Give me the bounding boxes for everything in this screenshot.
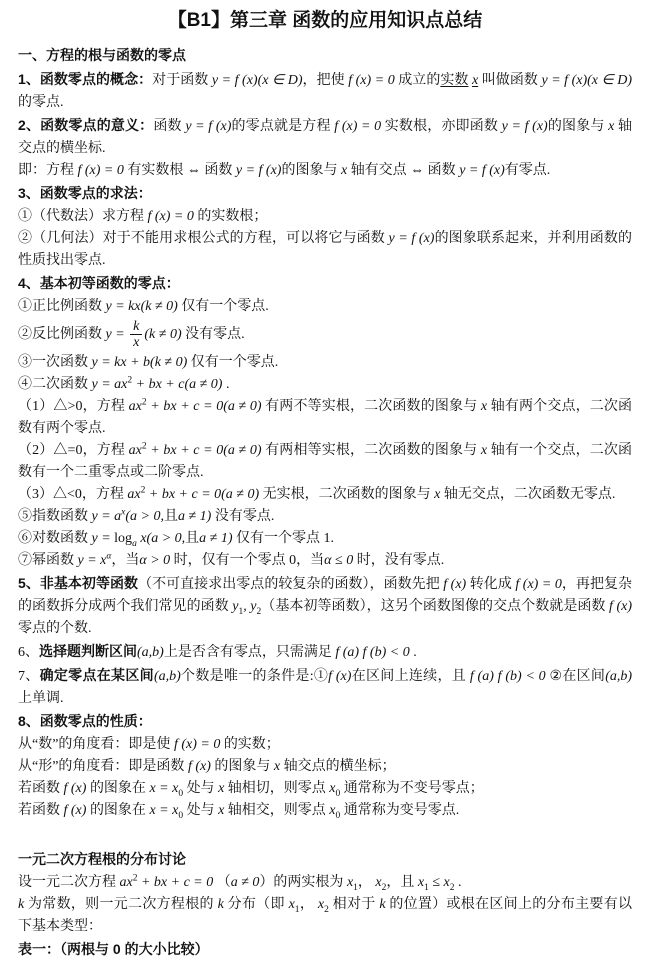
text-segment: 有零点. — [505, 163, 551, 178]
text-segment: + bx + c(a ≠ 0) — [132, 377, 222, 392]
text-segment: （2）△=0，方程 — [18, 443, 129, 458]
text-segment: ⑤指数函数 — [18, 509, 92, 524]
text-segment: . — [455, 875, 462, 890]
text-segment: ≤ — [429, 875, 444, 890]
text-segment: f (x) — [443, 577, 466, 592]
text-segment: 一元二次方程根的分布讨论 — [18, 851, 186, 867]
fraction-numerator: k — [130, 319, 142, 335]
text-segment: 分布（即 — [224, 897, 289, 912]
text-segment: 8、函数零点的性质： — [18, 713, 152, 729]
text-segment: ， — [358, 875, 376, 890]
document-title: 【B1】第三章 函数的应用知识点总结 — [18, 8, 632, 34]
text-segment: ②反比例函数 — [18, 327, 106, 342]
text-segment: x = x — [149, 781, 178, 796]
text-segment: f (x) = 0 — [174, 737, 220, 752]
fraction-denominator: x — [130, 335, 142, 350]
text-segment: 表一：（两根与 0 的大小比较） — [18, 941, 209, 957]
text-segment: ③一次函数 — [18, 355, 92, 370]
item-quadratic-case1: （1）△>0，方程 ax2 + bx + c = 0(a ≠ 0) 有两不等实根… — [18, 396, 632, 440]
text-segment: 从“形”的角度看：即是函数 — [18, 759, 188, 774]
text-segment: 的图象与 — [211, 759, 274, 774]
text-segment: 3、函数零点的求法： — [18, 185, 152, 201]
text-segment: ②（几何法）对于不能用求根公式的方程，可以将它与函数 — [18, 231, 389, 246]
text-segment: 的零点. — [18, 95, 64, 110]
text-segment: ②在区 — [546, 669, 591, 684]
text-segment: 函数 — [153, 119, 185, 134]
text-segment: α > 0 — [139, 553, 170, 568]
text-segment: 为常数，则一元二次方程根的 — [24, 897, 217, 912]
text-segment: 设一元二次方程 — [18, 875, 120, 890]
text-segment: 无实根，二次函数的图象与 — [259, 487, 434, 502]
text-segment: 的实数； — [220, 737, 280, 752]
text-segment: 有两不等实根，二次函数的图象与 — [262, 399, 481, 414]
section-heading-roots-and-zeros: 一、方程的根与函数的零点 — [18, 44, 632, 68]
para-unique-zero-condition: 7、确定零点在某区间(a,b)个数是唯一的条件是:①f (x)在区间上连续，且 … — [18, 664, 632, 710]
text-segment: 从“数”的角度看：即是使 — [18, 737, 174, 752]
text-segment: (k ≠ 0) — [144, 327, 181, 342]
text-segment: y = x — [78, 553, 107, 568]
text-segment: 上是否含有零点，只需满足 — [164, 645, 336, 660]
text-segment: 没有零点. — [182, 327, 245, 342]
text-segment: ①正比例函数 — [18, 299, 106, 314]
text-segment: 零点的个数. — [18, 621, 92, 636]
text-segment: 成立的 — [395, 73, 441, 88]
text-segment: 没有零点. — [211, 509, 274, 524]
text-segment: 确定零点在某区间 — [40, 667, 154, 683]
text-segment: 处与 — [183, 781, 218, 796]
item-logarithmic-function: ⑥对数函数 y = loga x(a > 0,且a ≠ 1) 仅有一个零点 1. — [18, 528, 632, 550]
text-segment: 实数根，亦即函数 — [381, 119, 502, 134]
para-zero-concept: 1、函数零点的概念：对于函数 y = f (x)(x ∈ D)，把使 f (x)… — [18, 68, 632, 114]
fraction: kx — [130, 319, 142, 351]
text-segment: 时，仅有一个零点 0，当 — [170, 553, 324, 568]
text-segment: x(a > 0, — [137, 531, 185, 546]
text-segment: 在区间上连续，且 — [351, 669, 469, 684]
text-segment: 轴相交，则零点 — [224, 803, 329, 818]
text-segment: 即：方程 — [18, 163, 78, 178]
text-segment: f (x) — [64, 803, 87, 818]
text-segment: + bx + c = 0(a ≠ 0) — [145, 487, 259, 502]
text-segment: f (x) = 0 — [148, 209, 194, 224]
text-segment: 有两相等实根，二次函数的图象与 — [262, 443, 481, 458]
text-segment: 的图象在 — [86, 781, 149, 796]
text-segment: 上单调. — [18, 691, 64, 706]
text-segment: (a,b) — [154, 669, 181, 684]
text-segment: f (x) — [328, 669, 351, 684]
text-segment: f (x) = 0 — [348, 73, 395, 88]
text-segment: 个数是唯一的条件是:① — [181, 669, 328, 684]
text-segment: 通常称为变号零点. — [340, 803, 459, 818]
text-segment: a ≠ 1) — [178, 509, 211, 524]
text-segment: + bx + c = 0 — [137, 875, 213, 890]
text-segment: . — [410, 645, 417, 660]
text-segment: 2、函数零点的意义： — [18, 117, 153, 133]
text-segment: f (a) f (b) < 0 — [470, 669, 546, 684]
text-segment: (a > 0, — [125, 509, 164, 524]
text-segment: + bx + c = 0(a ≠ 0) — [147, 443, 262, 458]
document-page: 【B1】第三章 函数的应用知识点总结 一、方程的根与函数的零点1、函数零点的概念… — [0, 0, 650, 966]
heading-zero-methods: 3、函数零点的求法： — [18, 182, 632, 206]
para-zero-meaning-iff: 即：方程 f (x) = 0 有实数根 ⇔ 函数 y = f (x)的图象与 x… — [18, 160, 632, 182]
text-segment: f (x) = 0 — [515, 577, 561, 592]
text-segment: ax — [129, 443, 142, 458]
text-segment: y = a — [92, 509, 122, 524]
text-segment: . — [222, 377, 229, 392]
text-segment: f (x) = 0 — [78, 163, 124, 178]
text-segment: y = f (x) — [389, 231, 435, 246]
text-segment: 7、 — [18, 669, 40, 684]
text-segment: f (a) f (b) < 0 — [335, 645, 409, 660]
text-segment: 6、 — [18, 645, 39, 660]
text-segment: ）的两实根为 — [259, 875, 347, 890]
text-segment: ④二次函数 — [18, 377, 92, 392]
text-segment: ， — [300, 897, 318, 912]
text-segment: 轴交点的横坐标； — [280, 759, 396, 774]
text-segment: 时，没有零点. — [353, 553, 444, 568]
text-segment: 仅有一个零点. — [178, 299, 269, 314]
text-segment: 仅有一个零点. — [187, 355, 278, 370]
text-segment: ⑦幂函数 — [18, 553, 78, 568]
text-segment: 的实数根； — [194, 209, 268, 224]
text-segment: a ≠ 0 — [231, 875, 260, 890]
text-segment: 的零点就是方程 — [231, 119, 334, 134]
para-k-distribution: k 为常数，则一元二次方程根的 k 分布（即 x1， x2 相对于 k 的位置）… — [18, 894, 632, 938]
text-segment: y = f (x) — [185, 119, 231, 134]
text-segment: a ≠ 1) — [199, 531, 232, 546]
text-segment: y = f (x)(x ∈ D) — [541, 73, 632, 88]
text-segment: 4、基本初等函数的零点： — [18, 275, 180, 291]
text-segment: 轴无交点，二次函数无零点. — [440, 487, 615, 502]
text-segment: 间 — [591, 669, 605, 684]
text-segment: （基本初等函数），这另个函数图像的交点个数就是函数 — [261, 599, 609, 614]
text-segment: ，把使 — [303, 73, 349, 88]
item-power-function: ⑦幂函数 y = xα，当α > 0 时，仅有一个零点 0，当α ≤ 0 时，没… — [18, 550, 632, 572]
text-segment: 仅有一个零点 1. — [233, 531, 335, 546]
text-segment: ax — [127, 487, 140, 502]
text-segment: （不可直接求出零点的较复杂的函数），函数先把 — [138, 577, 443, 592]
text-segment: f (x) = 0 — [334, 119, 381, 134]
text-segment: （3）△<0，方程 — [18, 487, 127, 502]
text-segment: x = x — [149, 803, 178, 818]
text-segment: , y — [243, 599, 256, 614]
text-segment: 若函数 — [18, 781, 64, 796]
para-tangent-zero: 若函数 f (x) 的图象在 x = x0 处与 x 轴相切，则零点 x0 通常… — [18, 778, 632, 800]
text-segment: y = — [106, 327, 129, 342]
text-segment: 的图象与 — [281, 163, 341, 178]
para-number-view: 从“数”的角度看：即是使 f (x) = 0 的实数； — [18, 734, 632, 756]
text-segment: 一、方程的根与函数的零点 — [18, 47, 186, 63]
text-segment: 的图象与 — [548, 119, 608, 134]
item-quadratic-case2: （2）△=0，方程 ax2 + bx + c = 0(a ≠ 0) 有两相等实根… — [18, 440, 632, 484]
item-linear-function: ③一次函数 y = kx + b(k ≠ 0) 仅有一个零点. — [18, 352, 632, 374]
text-segment: 轴有交点 ⇔ 函数 — [347, 163, 459, 178]
para-shape-view: 从“形”的角度看：即是函数 f (x) 的图象与 x 轴交点的横坐标； — [18, 756, 632, 778]
heading-root-distribution: 一元二次方程根的分布讨论 — [18, 848, 632, 872]
para-quadratic-two-roots: 设一元二次方程 ax2 + bx + c = 0 （a ≠ 0）的两实根为 x1… — [18, 872, 632, 894]
text-segment: ax — [120, 875, 133, 890]
text-segment: 且 — [185, 531, 199, 546]
text-segment: y = — [92, 531, 115, 546]
text-segment: y = f (x) — [502, 119, 548, 134]
para-zero-meaning: 2、函数零点的意义：函数 y = f (x)的零点就是方程 f (x) = 0 … — [18, 114, 632, 160]
item-proportional-function: ①正比例函数 y = kx(k ≠ 0) 仅有一个零点. — [18, 296, 632, 318]
text-segment: 处与 — [183, 803, 218, 818]
text-segment: ，当 — [111, 553, 139, 568]
para-crossing-zero: 若函数 f (x) 的图象在 x = x0 处与 x 轴相交，则零点 x0 通常… — [18, 800, 632, 822]
text-segment: (a,b) — [137, 645, 164, 660]
item-quadratic-case3: （3）△<0，方程 ax2 + bx + c = 0(a ≠ 0) 无实根，二次… — [18, 484, 632, 506]
item-exponential-function: ⑤指数函数 y = ax(a > 0,且a ≠ 1) 没有零点. — [18, 506, 632, 528]
heading-table-one: 表一：（两根与 0 的大小比较） — [18, 938, 632, 962]
text-segment: f (x) — [609, 599, 632, 614]
text-segment: （1）△>0，方程 — [18, 399, 129, 414]
text-segment: （ — [213, 875, 231, 890]
text-segment: ，且 — [386, 875, 418, 890]
item-algebraic-method: ①（代数法）求方程 f (x) = 0 的实数根； — [18, 206, 632, 228]
text-segment: 相对于 — [329, 897, 379, 912]
text-segment: 有实数根 ⇔ 函数 — [124, 163, 236, 178]
item-inverse-proportional-function: ②反比例函数 y = kx(k ≠ 0) 没有零点. — [18, 318, 632, 352]
text-segment: 的图象在 — [86, 803, 149, 818]
heading-zero-properties: 8、函数零点的性质： — [18, 710, 632, 734]
text-segment: 通常称为不变号零点； — [340, 781, 484, 796]
text-segment: y = f (x) — [236, 163, 282, 178]
text-segment: (a,b) — [605, 669, 632, 684]
text-segment: y = f (x)(x ∈ D) — [212, 73, 303, 88]
text-segment: 叫做函数 — [478, 73, 541, 88]
text-segment: 选择题判断区间 — [39, 643, 137, 659]
text-segment: ①（代数法）求方程 — [18, 209, 148, 224]
text-segment: + bx + c = 0(a ≠ 0) — [147, 399, 262, 414]
item-geometric-method: ②（几何法）对于不能用求根公式的方程，可以将它与函数 y = f (x)的图象联… — [18, 228, 632, 272]
item-quadratic-function: ④二次函数 y = ax2 + bx + c(a ≠ 0) . — [18, 374, 632, 396]
para-interval-zero-test: 6、选择题判断区间(a,b)上是否含有零点，只需满足 f (a) f (b) <… — [18, 640, 632, 664]
text-segment: ax — [129, 399, 142, 414]
text-segment: log — [114, 531, 132, 546]
text-segment: 且 — [164, 509, 178, 524]
text-segment: 5、非基本初等函数 — [18, 575, 138, 591]
text-segment: f (x) — [64, 781, 87, 796]
text-segment: f (x) — [188, 759, 211, 774]
text-segment: y = kx + b(k ≠ 0) — [92, 355, 188, 370]
document-body: 一、方程的根与函数的零点1、函数零点的概念：对于函数 y = f (x)(x ∈… — [18, 44, 632, 962]
text-segment: 1、函数零点的概念： — [18, 71, 152, 87]
text-segment: y = f (x) — [459, 163, 505, 178]
text-segment: ⑥对数函数 — [18, 531, 92, 546]
text-segment: 转化成 — [466, 577, 515, 592]
text-segment: y = ax — [92, 377, 128, 392]
text-segment: 实数 — [440, 73, 468, 88]
para-non-basic-functions: 5、非基本初等函数（不可直接求出零点的较复杂的函数），函数先把 f (x) 转化… — [18, 572, 632, 640]
text-segment: y = kx(k ≠ 0) — [106, 299, 178, 314]
text-segment: α ≤ 0 — [324, 553, 353, 568]
text-segment: 轴相切，则零点 — [224, 781, 329, 796]
heading-basic-elementary-zeros: 4、基本初等函数的零点： — [18, 272, 632, 296]
text-segment: 若函数 — [18, 803, 64, 818]
text-segment: 对于函数 — [152, 73, 212, 88]
